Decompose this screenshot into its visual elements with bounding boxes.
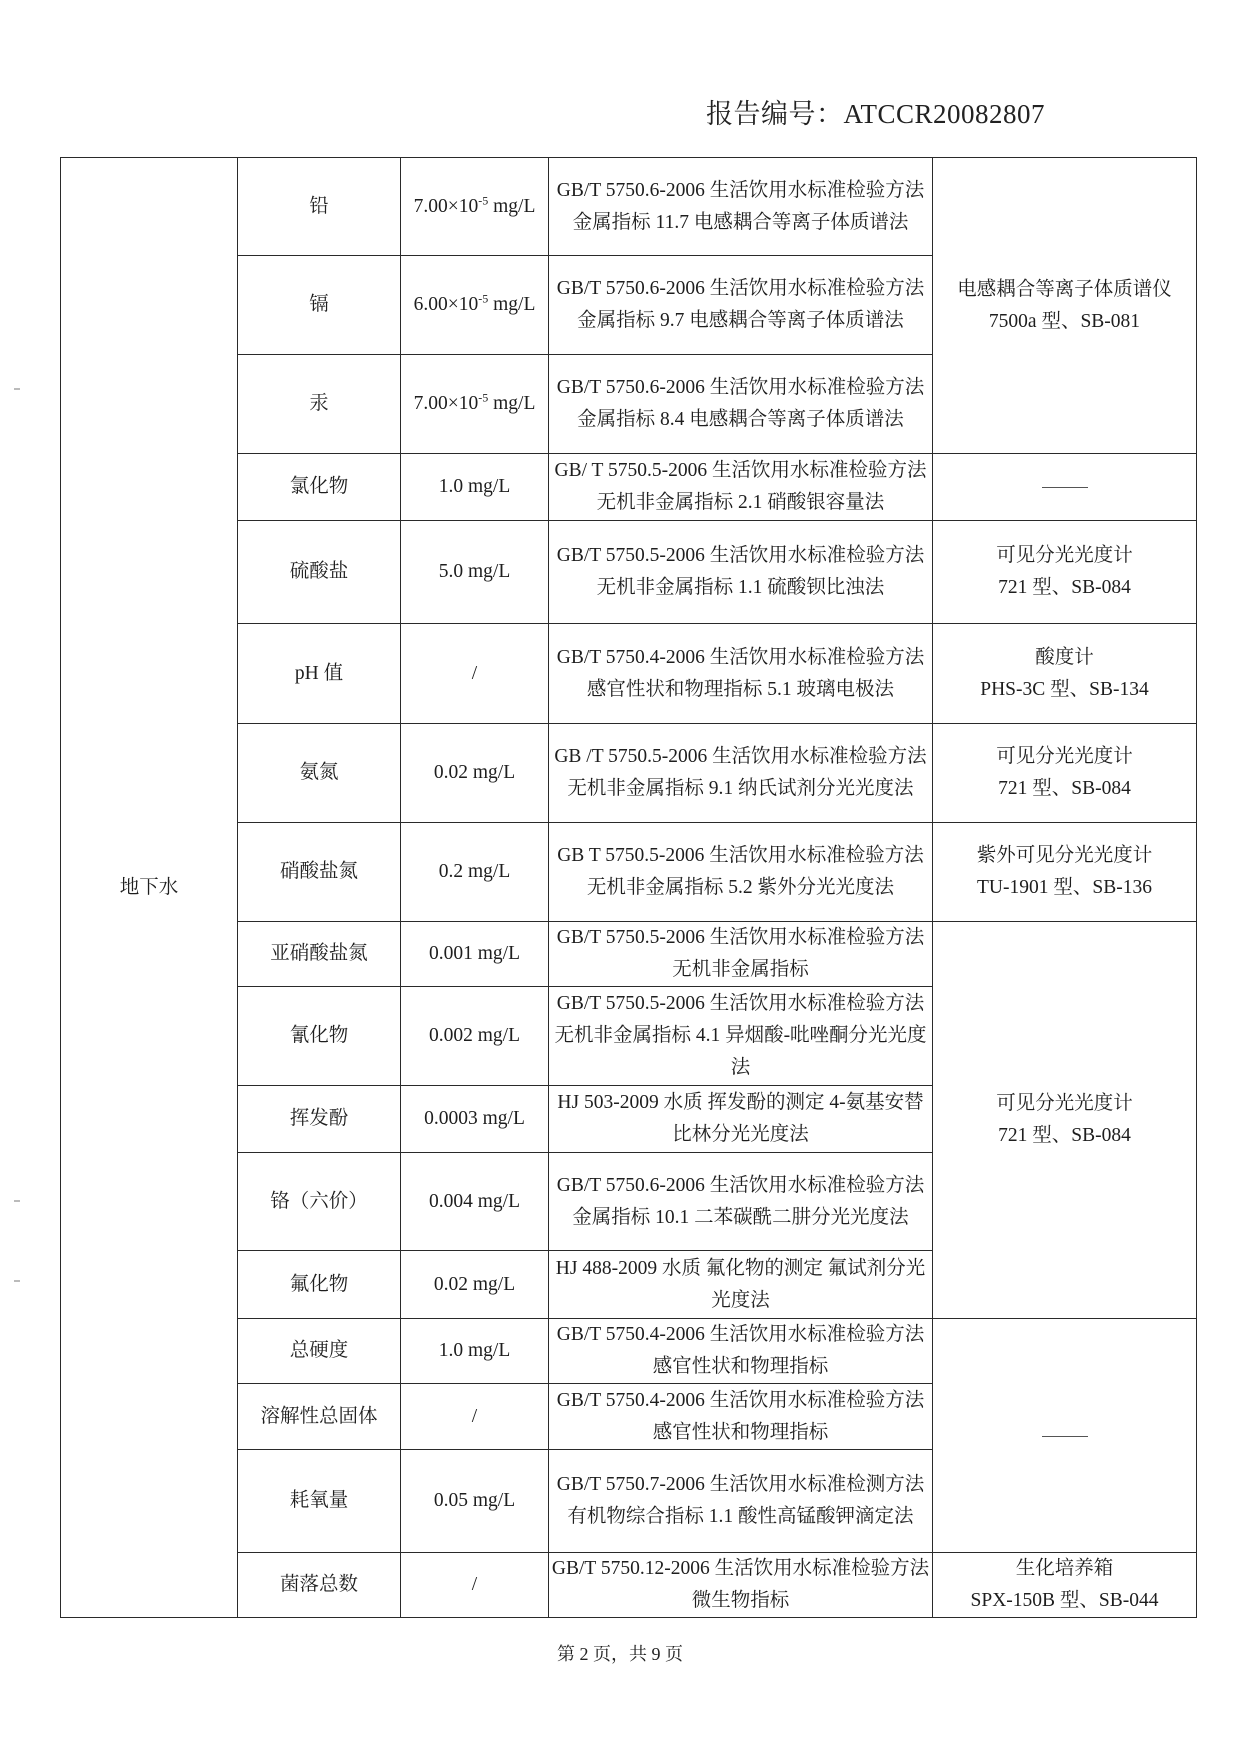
- limit-cell: 1.0 mg/L: [401, 1319, 549, 1384]
- page-footer: 第 2 页，共 9 页: [0, 1640, 1240, 1666]
- instrument-cell-none: [933, 1319, 1197, 1553]
- limit-cell: 5.0 mg/L: [401, 521, 549, 624]
- instrument-name: 可见分光光度计: [935, 741, 1194, 773]
- limit-base: 6.00×10: [414, 294, 479, 315]
- limit-cell: 1.0 mg/L: [401, 454, 549, 521]
- limit-cell: 6.00×10-5 mg/L: [401, 256, 549, 355]
- method-cell: GB/T 5750.4-2006 生活饮用水标准检验方法 感官性状和物理指标 5…: [549, 624, 933, 724]
- instrument-model: 7500a 型、SB-081: [935, 306, 1194, 338]
- limit-unit: mg/L: [488, 294, 535, 315]
- item-cell: pH 值: [238, 624, 401, 724]
- limit-cell: /: [401, 1384, 549, 1450]
- item-cell: 氟化物: [238, 1251, 401, 1319]
- instrument-name: 可见分光光度计: [935, 540, 1194, 572]
- instrument-model: SPX-150B 型、SB-044: [935, 1585, 1194, 1617]
- sample-type: 地下水: [120, 877, 179, 898]
- item-cell: 铬（六价）: [238, 1153, 401, 1251]
- instrument-model: TU-1901 型、SB-136: [935, 872, 1194, 904]
- limit-cell: 0.0003 mg/L: [401, 1086, 549, 1153]
- instrument-model: PHS-3C 型、SB-134: [935, 674, 1194, 706]
- limit-base: 7.00×10: [414, 196, 479, 217]
- instrument-cell-icpms: 电感耦合等离子体质谱仪7500a 型、SB-081: [933, 158, 1197, 454]
- instrument-model: 721 型、SB-084: [935, 572, 1194, 604]
- sample-type-cell: 地下水: [61, 158, 238, 1618]
- scan-speck: [14, 1280, 20, 1282]
- item-cell: 耗氧量: [238, 1450, 401, 1553]
- instrument-cell-uv-spectrophotometer: 紫外可见分光光度计TU-1901 型、SB-136: [933, 823, 1197, 922]
- scan-speck: [14, 388, 20, 390]
- item-cell: 铅: [238, 158, 401, 256]
- report-number-value: ATCCR20082807: [844, 99, 1046, 129]
- method-cell: GB/T 5750.6-2006 生活饮用水标准检验方法 金属指标 10.1 二…: [549, 1153, 933, 1251]
- instrument-model: 721 型、SB-084: [935, 1120, 1194, 1152]
- method-cell: GB/T 5750.7-2006 生活饮用水标准检测方法 有机物综合指标 1.1…: [549, 1450, 933, 1553]
- limit-cell: 7.00×10-5 mg/L: [401, 355, 549, 454]
- method-cell: GB/T 5750.5-2006 生活饮用水标准检验方法 无机非金属指标 1.1…: [549, 521, 933, 624]
- limit-unit: mg/L: [488, 393, 535, 414]
- instrument-name: 生化培养箱: [935, 1553, 1194, 1585]
- method-cell: GB /T 5750.5-2006 生活饮用水标准检验方法 无机非金属指标 9.…: [549, 724, 933, 823]
- limit-cell: /: [401, 624, 549, 724]
- limit-cell: 7.00×10-5 mg/L: [401, 158, 549, 256]
- limit-cell: 0.02 mg/L: [401, 724, 549, 823]
- item-cell: 氨氮: [238, 724, 401, 823]
- method-cell: GB/T 5750.5-2006 生活饮用水标准检验方法 无机非金属指标: [549, 922, 933, 987]
- instrument-cell-spectrophotometer: 可见分光光度计721 型、SB-084: [933, 922, 1197, 1319]
- instrument-cell-spectrophotometer: 可见分光光度计721 型、SB-084: [933, 724, 1197, 823]
- item-cell: 氯化物: [238, 454, 401, 521]
- instrument-cell-spectrophotometer: 可见分光光度计721 型、SB-084: [933, 521, 1197, 624]
- instrument-cell-none: [933, 454, 1197, 521]
- method-cell: GB/T 5750.6-2006 生活饮用水标准检验方法 金属指标 8.4 电感…: [549, 355, 933, 454]
- instrument-name: 电感耦合等离子体质谱仪: [935, 274, 1194, 306]
- instrument-name: 可见分光光度计: [935, 1088, 1194, 1120]
- limit-cell: 0.02 mg/L: [401, 1251, 549, 1319]
- report-number-label: 报告编号：: [706, 99, 844, 129]
- limit-cell: 0.002 mg/L: [401, 987, 549, 1086]
- limit-exponent: -5: [478, 292, 488, 306]
- dash-placeholder: [1042, 1436, 1088, 1437]
- item-cell: 亚硝酸盐氮: [238, 922, 401, 987]
- instrument-cell-incubator: 生化培养箱SPX-150B 型、SB-044: [933, 1553, 1197, 1618]
- limit-cell: 0.001 mg/L: [401, 922, 549, 987]
- method-cell: GB/T 5750.12-2006 生活饮用水标准检验方法 微生物指标: [549, 1553, 933, 1618]
- limit-cell: /: [401, 1553, 549, 1618]
- limit-base: 7.00×10: [414, 393, 479, 414]
- scan-speck: [14, 1200, 20, 1202]
- item-cell: 总硬度: [238, 1319, 401, 1384]
- limit-exponent: -5: [478, 193, 488, 207]
- limit-exponent: -5: [478, 391, 488, 405]
- method-cell: GB/T 5750.6-2006 生活饮用水标准检验方法 金属指标 9.7 电感…: [549, 256, 933, 355]
- item-cell: 挥发酚: [238, 1086, 401, 1153]
- method-cell: GB/T 5750.6-2006 生活饮用水标准检验方法 金属指标 11.7 电…: [549, 158, 933, 256]
- limit-cell: 0.05 mg/L: [401, 1450, 549, 1553]
- dash-placeholder: [1042, 487, 1088, 488]
- test-methods-table: 地下水 铅 7.00×10-5 mg/L GB/T 5750.6-2006 生活…: [60, 157, 1197, 1618]
- item-cell: 菌落总数: [238, 1553, 401, 1618]
- method-cell: GB/T 5750.4-2006 生活饮用水标准检验方法 感官性状和物理指标: [549, 1319, 933, 1384]
- item-cell: 溶解性总固体: [238, 1384, 401, 1450]
- instrument-name: 酸度计: [935, 642, 1194, 674]
- item-cell: 镉: [238, 256, 401, 355]
- limit-cell: 0.004 mg/L: [401, 1153, 549, 1251]
- instrument-name: 紫外可见分光光度计: [935, 840, 1194, 872]
- limit-cell: 0.2 mg/L: [401, 823, 549, 922]
- instrument-cell-ph-meter: 酸度计PHS-3C 型、SB-134: [933, 624, 1197, 724]
- item-cell: 氰化物: [238, 987, 401, 1086]
- method-cell: HJ 503-2009 水质 挥发酚的测定 4-氨基安替比林分光光度法: [549, 1086, 933, 1153]
- item-cell: 汞: [238, 355, 401, 454]
- limit-unit: mg/L: [488, 196, 535, 217]
- item-cell: 硫酸盐: [238, 521, 401, 624]
- method-cell: GB T 5750.5-2006 生活饮用水标准检验方法 无机非金属指标 5.2…: [549, 823, 933, 922]
- method-cell: HJ 488-2009 水质 氟化物的测定 氟试剂分光光度法: [549, 1251, 933, 1319]
- table-row: 地下水 铅 7.00×10-5 mg/L GB/T 5750.6-2006 生活…: [61, 158, 1197, 256]
- report-number: 报告编号：ATCCR20082807: [706, 92, 1045, 131]
- method-cell: GB/T 5750.4-2006 生活饮用水标准检验方法 感官性状和物理指标: [549, 1384, 933, 1450]
- instrument-model: 721 型、SB-084: [935, 773, 1194, 805]
- item-cell: 硝酸盐氮: [238, 823, 401, 922]
- method-cell: GB/T 5750.5-2006 生活饮用水标准检验方法 无机非金属指标 4.1…: [549, 987, 933, 1086]
- method-cell: GB/ T 5750.5-2006 生活饮用水标准检验方法 无机非金属指标 2.…: [549, 454, 933, 521]
